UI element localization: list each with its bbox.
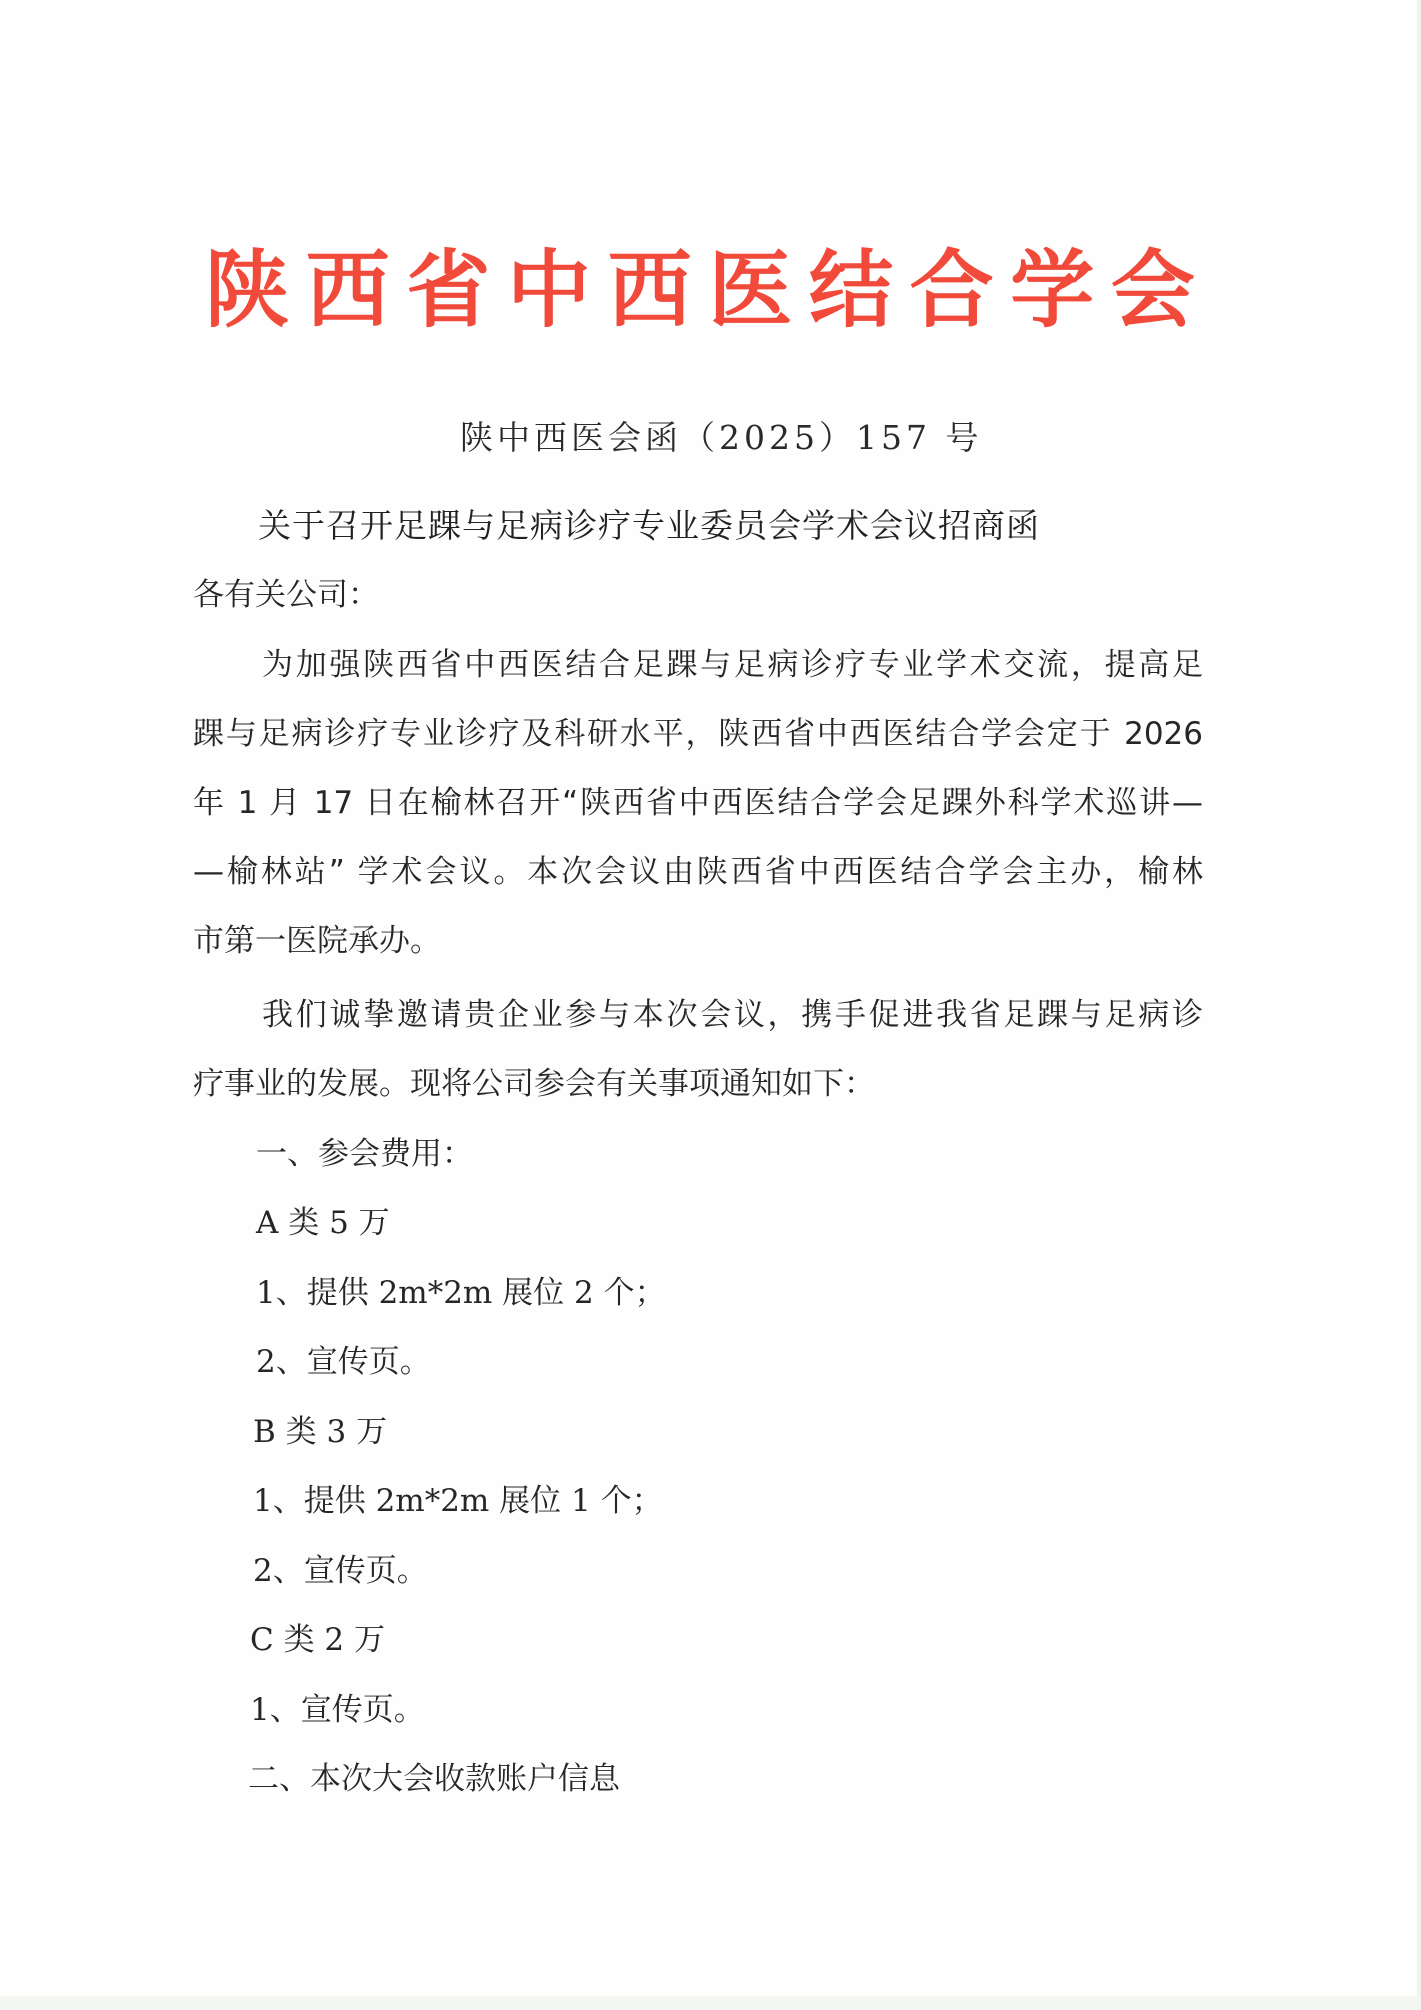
paragraph-1-line: 市第一医院承办。 [193,919,441,963]
letterhead-org-name: 陕 西 省 中 西 医 结 合 学 会 [205,240,1195,340]
tier-c-item: 1、宣传页。 [250,1688,425,1732]
letterhead-char: 学 [1010,240,1094,340]
letterhead-char: 陕 [205,240,289,340]
salutation: 各有关公司： [193,573,379,617]
document-number: 陕中西医会函（2025）157 号 [460,416,960,460]
letterhead-char: 会 [1111,240,1195,340]
section-2-heading: 二、本次大会收款账户信息 [248,1757,620,1801]
paragraph-1-line: —榆林站” 学术会议。本次会议由陕西省中西医结合学会主办，榆林 [193,850,1203,894]
tier-a-label: A 类 5 万 [256,1201,390,1245]
letterhead-char: 结 [809,240,893,340]
letterhead-char: 合 [910,240,994,340]
document-subject: 关于召开足踝与足病诊疗专业委员会学术会议招商函 [258,500,1158,552]
letterhead-char: 西 [306,240,390,340]
paragraph-1-line: 年 1 月 17 日在榆林召开“陕西省中西医结合学会足踝外科学术巡讲— [193,781,1203,825]
paragraph-2-line: 我们诚挚邀请贵企业参与本次会议，携手促进我省足踝与足病诊 [262,993,1203,1037]
tier-b-label: B 类 3 万 [253,1410,387,1454]
letterhead-char: 中 [507,240,591,340]
letterhead-char: 医 [708,240,792,340]
tier-c-label: C 类 2 万 [250,1618,385,1662]
tier-b-item: 2、宣传页。 [253,1549,428,1593]
letterhead-char: 省 [406,240,490,340]
tier-b-item: 1、提供 2m*2m 展位 1 个； [253,1479,663,1523]
scan-edge-bottom [0,1996,1421,2010]
document-page: 陕 西 省 中 西 医 结 合 学 会 陕中西医会函（2025）157 号 关于… [0,0,1421,2010]
paragraph-2-line: 疗事业的发展。现将公司参会有关事项通知如下： [193,1062,875,1106]
scan-edge-right [1417,0,1421,2010]
tier-a-item: 2、宣传页。 [256,1340,431,1384]
tier-a-item: 1、提供 2m*2m 展位 2 个； [256,1271,666,1315]
paragraph-1-line: 踝与足病诊疗专业诊疗及科研水平，陕西省中西医结合学会定于 2026 [193,712,1203,756]
section-1-heading: 一、参会费用： [256,1132,473,1176]
paragraph-1-line: 为加强陕西省中西医结合足踝与足病诊疗专业学术交流，提高足 [262,643,1203,687]
letterhead-char: 西 [608,240,692,340]
